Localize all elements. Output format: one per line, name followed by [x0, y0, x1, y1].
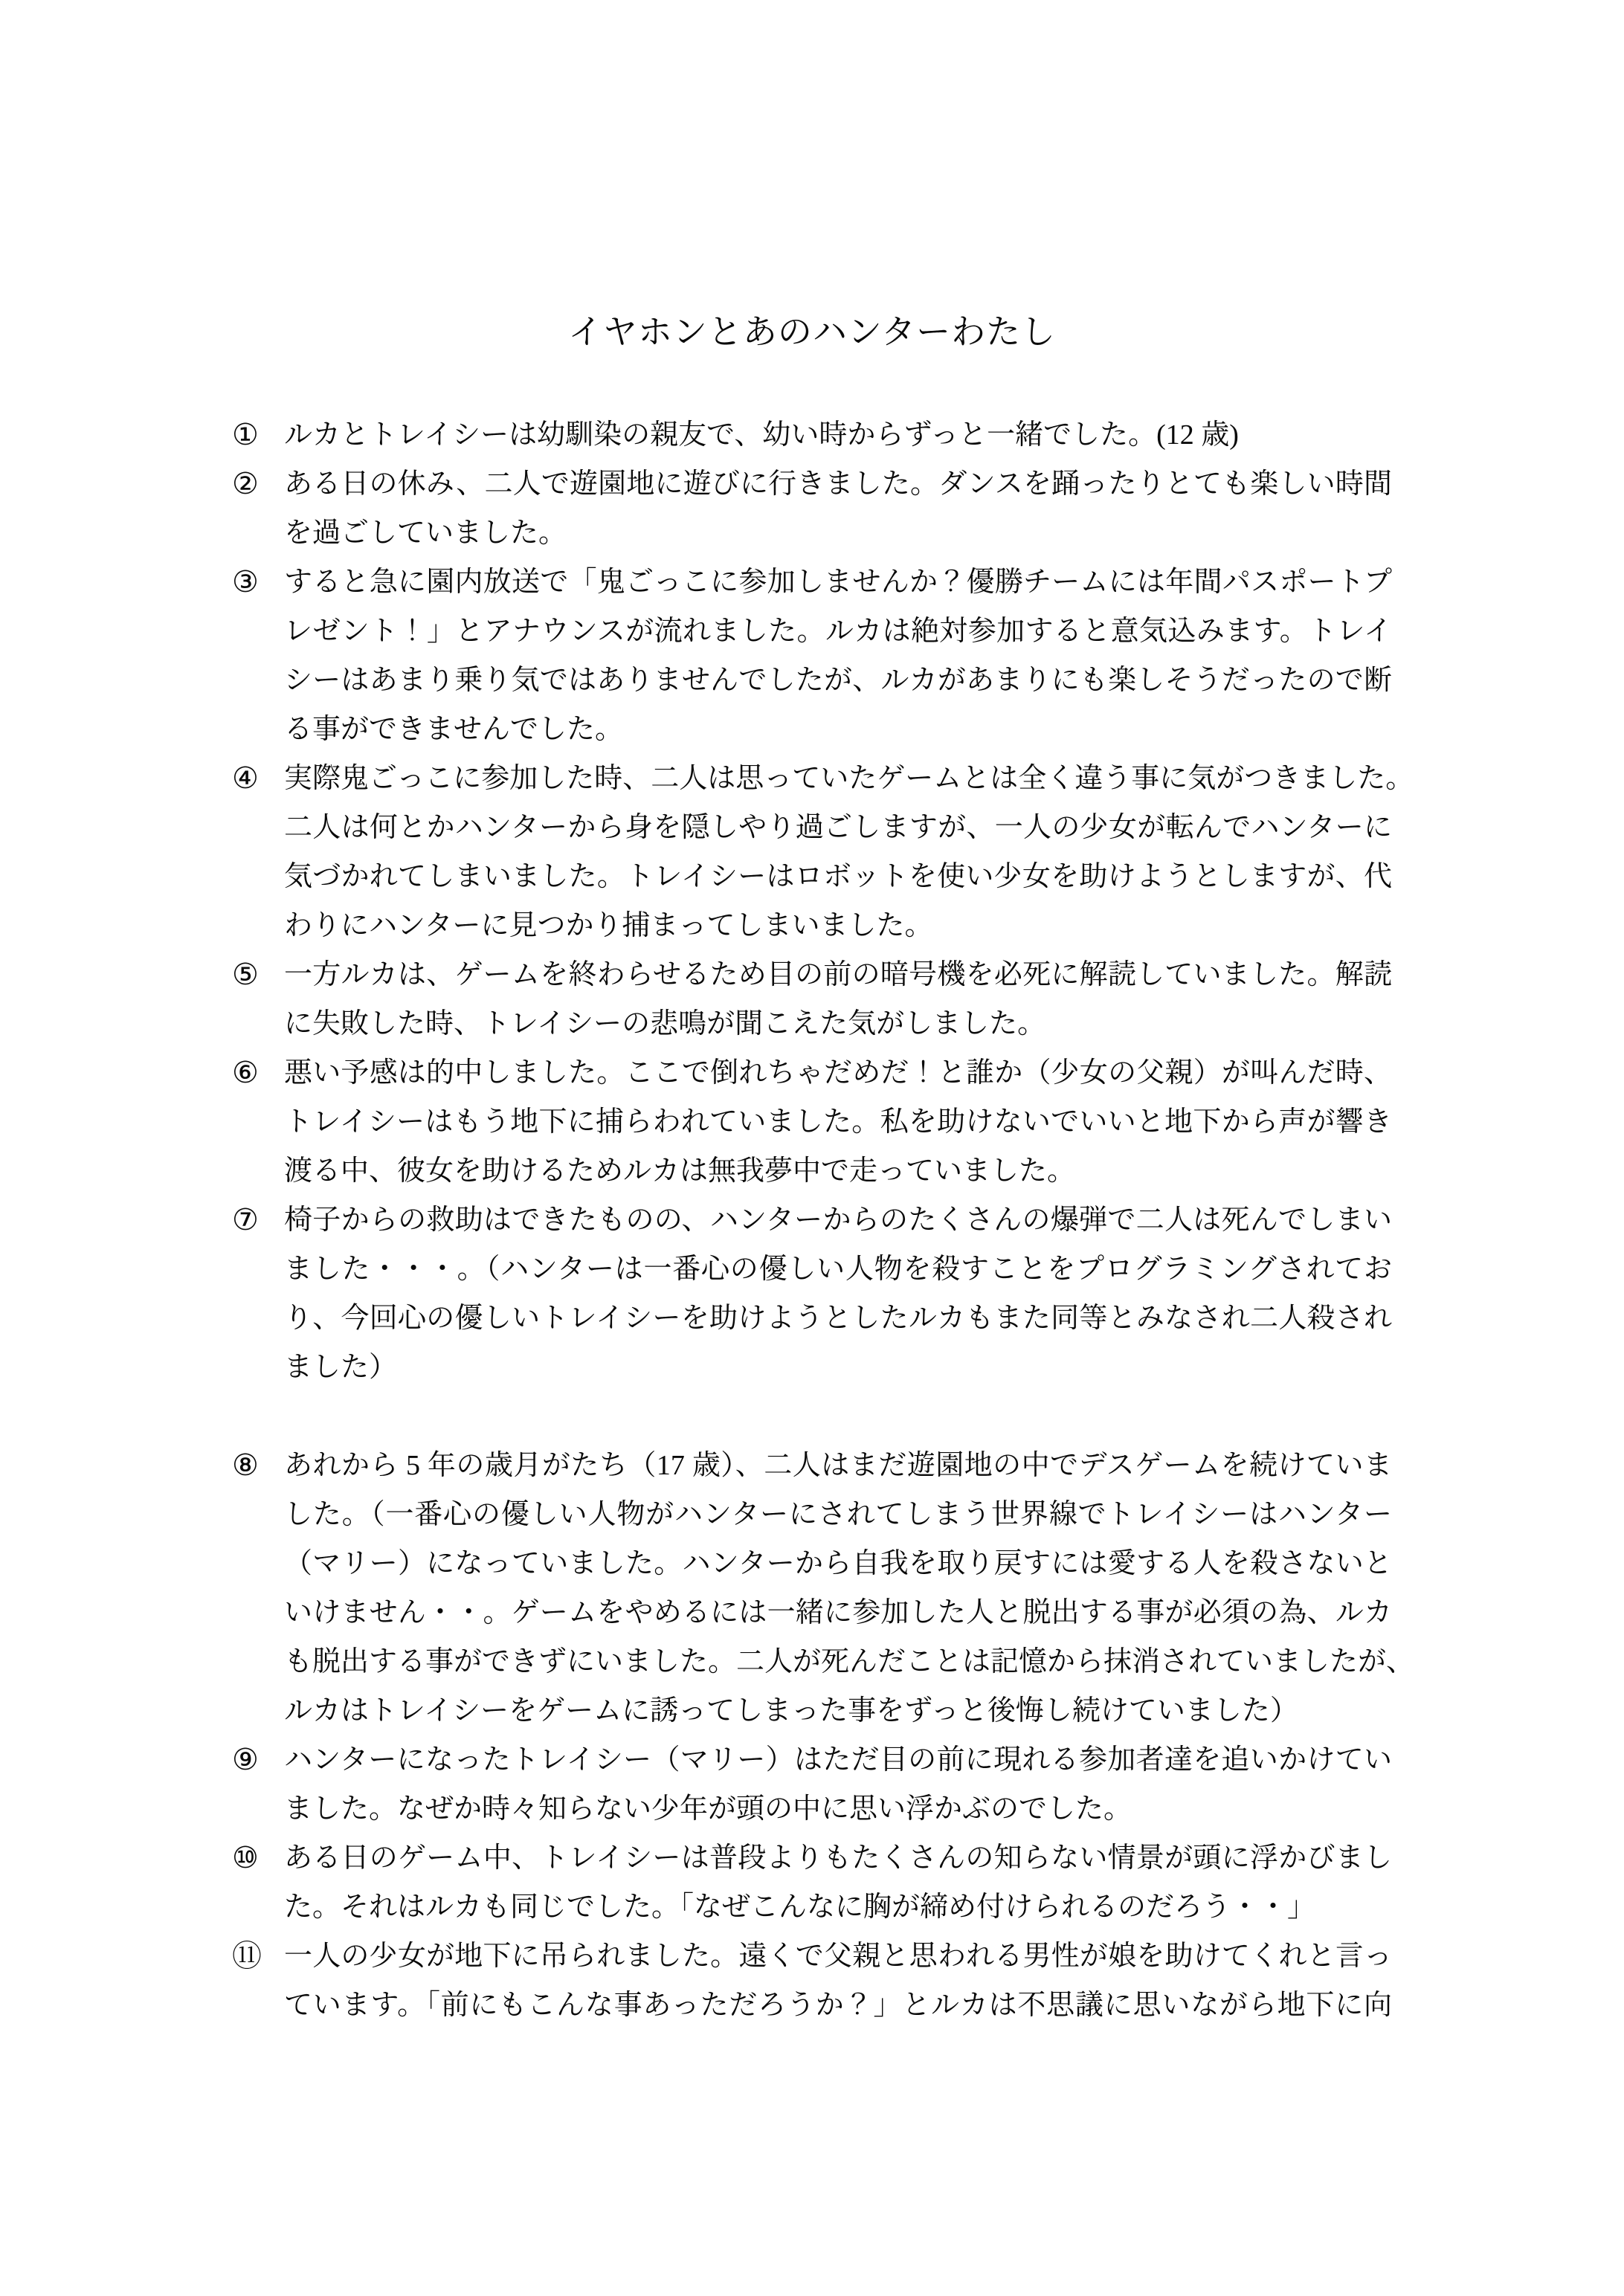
paragraph-number: ⑪ — [232, 1932, 262, 1981]
paragraph: ⑨ハンターになったトレイシー（マリー）はただ目の前に現れる参加者達を追いかけてい… — [232, 1735, 1392, 1834]
paragraph-line: に失敗した時、トレイシーの悲鳴が聞こえた気がしました。 — [284, 999, 1392, 1048]
paragraph-line: した。（一番心の優しい人物がハンターにされてしまう世界線でトレイシーはハンター — [284, 1490, 1392, 1539]
paragraph-line: ています。「前にもこんな事あっただろうか？」とルカは不思議に思いながら地下に向 — [284, 1981, 1392, 2030]
paragraph-line: る事ができませんでした。 — [284, 705, 1392, 754]
paragraph-number: ⑩ — [232, 1834, 259, 1883]
document-body: ①ルカとトレイシーは幼馴染の親友で、幼い時からずっと一緒でした。(12 歳)②あ… — [232, 410, 1392, 2030]
paragraph-line: わりにハンターに見つかり捕まってしまいました。 — [284, 901, 1392, 950]
paragraph: ④実際鬼ごっこに参加した時、二人は思っていたゲームとは全く違う事に気がつきました… — [232, 754, 1392, 950]
paragraph-number: ② — [232, 459, 259, 509]
paragraph-number: ③ — [232, 558, 259, 607]
paragraph-line: ました・・・。（ハンターは一番心の優しい人物を殺すことをプログラミングされてお — [284, 1245, 1392, 1294]
paragraph-line: 悪い予感は的中しました。ここで倒れちゃだめだ！と誰か（少女の父親）が叫んだ時、 — [284, 1048, 1392, 1097]
paragraph-line: 一人の少女が地下に吊られました。遠くで父親と思われる男性が娘を助けてくれと言っ — [284, 1932, 1392, 1981]
paragraph: ⑧あれから 5 年の歳月がたち（17 歳）、二人はまだ遊園地の中でデスゲームを続… — [232, 1441, 1392, 1735]
paragraph: ⑪一人の少女が地下に吊られました。遠くで父親と思われる男性が娘を助けてくれと言っ… — [232, 1932, 1392, 2030]
paragraph-line: を過ごしていました。 — [284, 509, 1392, 558]
paragraph-line: ルカはトレイシーをゲームに誘ってしまった事をずっと後悔し続けていました） — [284, 1686, 1392, 1735]
paragraph-number: ① — [232, 410, 259, 459]
paragraph-line: 二人は何とかハンターから身を隠しやり過ごしますが、一人の少女が転んでハンターに — [284, 803, 1392, 852]
paragraph: ①ルカとトレイシーは幼馴染の親友で、幼い時からずっと一緒でした。(12 歳) — [232, 410, 1392, 459]
paragraph-line: トレイシーはもう地下に捕らわれていました。私を助けないでいいと地下から声が響き — [284, 1097, 1392, 1147]
paragraph-line: ました。なぜか時々知らない少年が頭の中に思い浮かぶのでした。 — [284, 1784, 1392, 1834]
paragraph-line: も脱出する事ができずにいました。二人が死んだことは記憶から抹消されていましたが、 — [284, 1637, 1392, 1686]
paragraph-number: ⑧ — [232, 1441, 259, 1490]
paragraph-line: 気づかれてしまいました。トレイシーはロボットを使い少女を助けようとしますが、代 — [284, 852, 1392, 901]
paragraph: ⑦椅子からの救助はできたものの、ハンターからのたくさんの爆弾で二人は死んでしまい… — [232, 1196, 1392, 1392]
paragraph: ⑤一方ルカは、ゲームを終わらせるため目の前の暗号機を必死に解読していました。解読… — [232, 950, 1392, 1048]
paragraph-line: すると急に園内放送で「鬼ごっこに参加しませんか？優勝チームには年間パスポートプ — [284, 558, 1392, 607]
paragraph-line: いけません・・。ゲームをやめるには一緒に参加した人と脱出する事が必須の為、ルカ — [284, 1588, 1392, 1637]
paragraph-number: ⑦ — [232, 1196, 259, 1245]
paragraph-line: ハンターになったトレイシー（マリー）はただ目の前に現れる参加者達を追いかけてい — [284, 1735, 1392, 1784]
document-page: イヤホンとあのハンターわたし ①ルカとトレイシーは幼馴染の親友で、幼い時からずっ… — [0, 0, 1624, 2296]
paragraph-number: ⑤ — [232, 950, 259, 999]
paragraph-line: ある日の休み、二人で遊園地に遊びに行きました。ダンスを踊ったりとても楽しい時間 — [284, 459, 1392, 509]
paragraph-line: 実際鬼ごっこに参加した時、二人は思っていたゲームとは全く違う事に気がつきました。 — [284, 754, 1392, 803]
paragraph-line: り、今回心の優しいトレイシーを助けようとしたルカもまた同等とみなされ二人殺され — [284, 1294, 1392, 1343]
paragraph-line: ました） — [284, 1343, 1392, 1392]
paragraph: ⑥悪い予感は的中しました。ここで倒れちゃだめだ！と誰か（少女の父親）が叫んだ時、… — [232, 1048, 1392, 1196]
paragraph: ②ある日の休み、二人で遊園地に遊びに行きました。ダンスを踊ったりとても楽しい時間… — [232, 459, 1392, 558]
paragraph-line: ある日のゲーム中、トレイシーは普段よりもたくさんの知らない情景が頭に浮かびまし — [284, 1834, 1392, 1883]
paragraph: ③すると急に園内放送で「鬼ごっこに参加しませんか？優勝チームには年間パスポートプ… — [232, 558, 1392, 754]
paragraph-line: あれから 5 年の歳月がたち（17 歳）、二人はまだ遊園地の中でデスゲームを続け… — [284, 1441, 1392, 1490]
paragraph-line: 渡る中、彼女を助けるためルカは無我夢中で走っていました。 — [284, 1147, 1392, 1196]
paragraph-number: ④ — [232, 754, 259, 803]
paragraph-line: ルカとトレイシーは幼馴染の親友で、幼い時からずっと一緒でした。(12 歳) — [284, 410, 1392, 459]
paragraph-line: た。それはルカも同じでした。「なぜこんなに胸が締め付けられるのだろう・・」 — [284, 1883, 1392, 1932]
paragraph-line: 一方ルカは、ゲームを終わらせるため目の前の暗号機を必死に解読していました。解読 — [284, 950, 1392, 999]
paragraph-line: シーはあまり乗り気ではありませんでしたが、ルカがあまりにも楽しそうだったので断 — [284, 656, 1392, 705]
paragraph-line: レゼント！」とアナウンスが流れました。ルカは絶対参加すると意気込みます。トレイ — [284, 607, 1392, 656]
paragraph-number: ⑥ — [232, 1048, 259, 1097]
paragraph-line: （マリー）になっていました。ハンターから自我を取り戻すには愛する人を殺さないと — [284, 1539, 1392, 1588]
paragraph: ⑩ある日のゲーム中、トレイシーは普段よりもたくさんの知らない情景が頭に浮かびまし… — [232, 1834, 1392, 1932]
document-title: イヤホンとあのハンターわたし — [0, 306, 1624, 358]
paragraph-line: 椅子からの救助はできたものの、ハンターからのたくさんの爆弾で二人は死んでしまい — [284, 1196, 1392, 1245]
paragraph-number: ⑨ — [232, 1735, 259, 1784]
